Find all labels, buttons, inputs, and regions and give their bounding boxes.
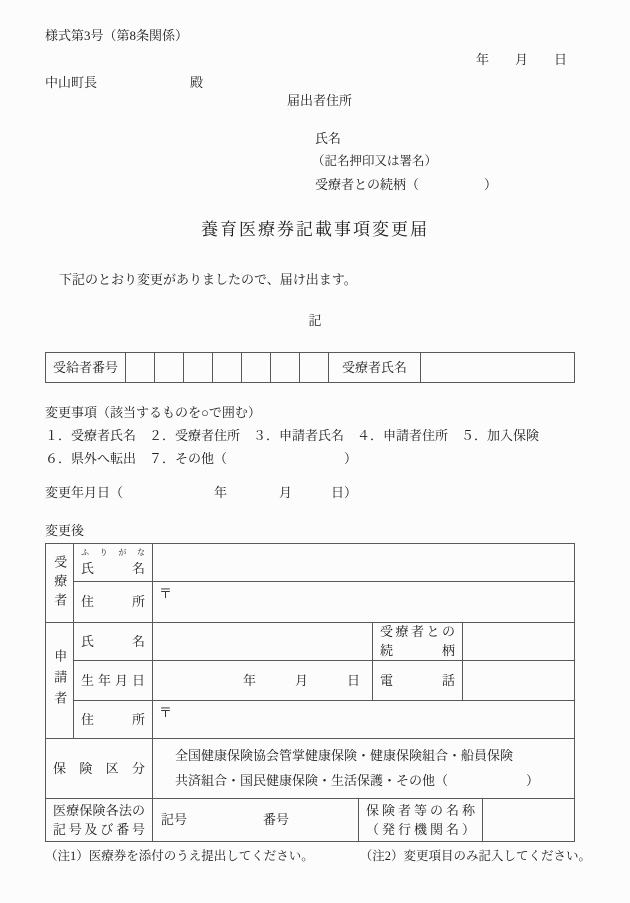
footer-notes: （注1）医療券を添付のうえ提出してください。 （注2）変更項目のみ記入してくださ…: [45, 848, 591, 865]
insurance-number-label-line1: 医療保険各法の: [53, 802, 145, 820]
birthdate-input-cell[interactable]: 年 月 日: [153, 661, 373, 701]
recipient-number-digit-cell[interactable]: [126, 353, 155, 382]
phone-label-cell: 電話: [373, 661, 463, 701]
insurance-number-label-line2: 記号及び番号: [53, 821, 145, 839]
insurance-category-options-cell[interactable]: 全国健康保険協会管掌健康保険・健康保険組合・船員保険 共済組合・国民健康保険・生…: [153, 739, 574, 799]
reporter-address-label: 届出者住所: [287, 92, 352, 110]
recipient-number-digit-cell[interactable]: [300, 353, 329, 382]
intro-text: 下記のとおり変更がありましたので、届け出ます。: [59, 271, 357, 289]
after-change-label: 変更後: [45, 522, 84, 540]
applicant-address-label-cell: 住所: [74, 701, 153, 739]
change-items-line1: １．受療者氏名 ２．受療者住所 ３．申請者氏名 ４．申請者住所 ５．加入保険: [45, 427, 539, 445]
insurance-number-label-cell: 医療保険各法の 記号及び番号: [46, 799, 153, 841]
patient-furigana-name-label: ふりがな 氏名: [74, 544, 153, 582]
insurance-category-line2: 共済組合・国民健康保険・生活保護・その他（ ）: [175, 772, 574, 790]
recipient-number-label: 受給者番号: [46, 353, 126, 382]
reporter-relationship-line: 受療者との続柄（ ）: [315, 176, 497, 194]
reporter-name-note: （記名押印又は署名）: [312, 153, 437, 170]
patient-name-label: 受療者氏名: [329, 353, 421, 382]
insurer-name-input-cell[interactable]: [483, 799, 574, 841]
phone-label: 電話: [380, 672, 455, 690]
insurer-name-label-cell: 保険者等の名称 （発行機関名）: [359, 799, 483, 841]
page-title: 養育医療券記載事項変更届: [0, 219, 630, 242]
insurer-name-label-line1: 保険者等の名称: [366, 802, 475, 820]
relationship-label-line2: 続柄: [380, 642, 455, 660]
insurance-category-line1: 全国健康保険協会管掌健康保険・健康保険組合・船員保険: [175, 747, 574, 765]
reporter-name-label: 氏名: [315, 130, 341, 148]
relationship-label-cell: 受療者との 続柄: [373, 623, 463, 661]
postal-mark: 〒: [159, 586, 172, 601]
change-items-heading: 変更事項（該当するものを○で囲む）: [45, 404, 261, 422]
applicant-name-input-cell[interactable]: [153, 623, 373, 661]
addressee-name: 中山町長: [45, 74, 97, 92]
addressee-honorific: 殿: [190, 74, 203, 92]
recipient-number-digit-cell[interactable]: [271, 353, 300, 382]
recipient-number-digit-cell[interactable]: [213, 353, 242, 382]
patient-name-input-cell[interactable]: [153, 544, 574, 582]
phone-input-cell[interactable]: [463, 661, 574, 701]
applicant-address-label: 住所: [81, 711, 145, 729]
insurer-name-label-line2: （発行機関名）: [366, 821, 475, 839]
patient-name-field-label: 氏名: [81, 560, 145, 578]
patient-address-input-cell[interactable]: 〒: [153, 582, 574, 623]
change-date-line: 変更年月日（ 年 月 日）: [45, 484, 357, 502]
postal-mark: 〒: [159, 705, 172, 720]
form-page: 様式第3号（第8条関係） 年 月 日 中山町長 殿 届出者住所 氏名 （記名押印…: [0, 0, 630, 903]
symbol-label: 記号: [161, 811, 187, 829]
record-marker: 記: [0, 312, 630, 330]
patient-group-label: 受療者: [46, 544, 74, 623]
form-number: 様式第3号（第8条関係）: [45, 27, 188, 45]
birthdate-label: 生年月日: [81, 672, 145, 690]
footer-note-1: （注1）医療券を添付のうえ提出してください。: [45, 848, 314, 865]
footer-note-2: （注2）変更項目のみ記入してください。: [360, 848, 591, 865]
applicant-name-label-cell: 氏名: [74, 623, 153, 661]
insurance-category-label: 保険区分: [53, 760, 145, 778]
change-items-line2: ６．県外へ転出 ７．その他（ ）: [45, 450, 357, 468]
after-change-table: 受療者 ふりがな 氏名 住所 〒 申請者 氏名 受療者との 続柄 生年月日 年 …: [45, 543, 575, 842]
furigana-label: ふりがな: [81, 548, 145, 559]
relationship-label-line1: 受療者との: [380, 623, 455, 641]
insurance-category-label-cell: 保険区分: [46, 739, 153, 799]
recipient-number-digit-cell[interactable]: [242, 353, 271, 382]
number-label: 番号: [263, 811, 289, 829]
applicant-name-label: 氏名: [81, 633, 145, 651]
date-line: 年 月 日: [476, 51, 567, 69]
patient-address-label-cell: 住所: [74, 582, 153, 623]
recipient-number-digit-cell[interactable]: [155, 353, 184, 382]
patient-address-label: 住所: [81, 593, 145, 611]
patient-name-input-cell[interactable]: [421, 353, 574, 382]
symbol-number-input-cell[interactable]: 記号 番号: [153, 799, 359, 841]
birthdate-label-cell: 生年月日: [74, 661, 153, 701]
applicant-group-label: 申請者: [46, 623, 74, 739]
recipient-number-table: 受給者番号 受療者氏名: [45, 352, 575, 383]
recipient-number-digit-cell[interactable]: [184, 353, 213, 382]
applicant-address-input-cell[interactable]: 〒: [153, 701, 574, 739]
relationship-input-cell[interactable]: [463, 623, 574, 661]
